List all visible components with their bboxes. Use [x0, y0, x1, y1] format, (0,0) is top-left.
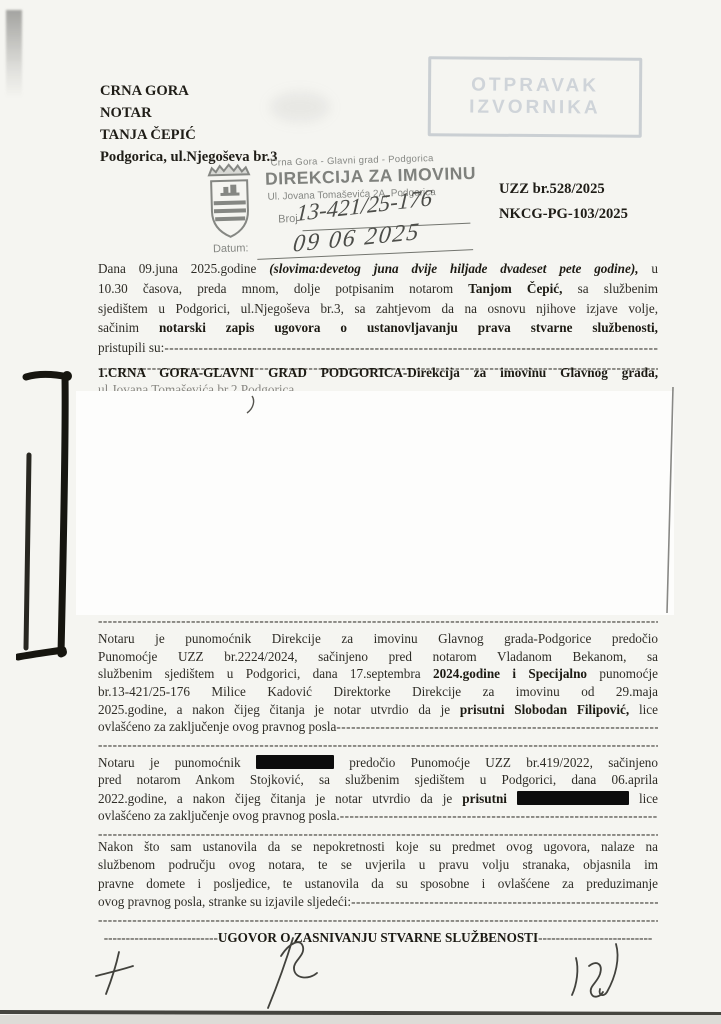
text-segment: Punomoćje UZZ br.2224/2024, sačinjeno pr…	[98, 649, 658, 664]
text-segment: (slovima:devetog juna dvije hiljade dvad…	[269, 261, 638, 276]
text-segment: 2024.godine i Specijalno	[433, 666, 587, 681]
text-line: Punomoćje UZZ br.2224/2024, sačinjeno pr…	[98, 648, 658, 666]
stamp-date-label: Datum:	[213, 242, 249, 255]
podgorica-coat-of-arms-icon	[201, 160, 259, 246]
text-segment: sa službenim	[562, 281, 658, 296]
sender-name: TANJA ČEPIĆ	[100, 124, 277, 146]
text-line: Nakon što sam ustanovila da se nepokretn…	[98, 838, 658, 856]
faded-copy-stamp: OTPRAVAK IZVORNIKA	[428, 56, 643, 137]
text-segment: 2025.godine, a nakon čijeg čitanja je no…	[98, 702, 460, 717]
redaction-box	[256, 755, 334, 769]
paragraph-block: Dana 09.juna 2025.godine (slovima:deveto…	[98, 259, 658, 378]
text-segment: br.13-421/25-176 Milice Kadović Direktor…	[98, 684, 658, 699]
dash-filler: ----------------------------------------…	[340, 808, 658, 823]
handwritten-initials-right	[572, 944, 618, 997]
text-segment: notarski zapis ugovora o ustanovljavanju…	[159, 320, 658, 335]
scan-smudge	[270, 92, 330, 122]
text-segment: službenim sjedištem u Podgorici, dana 17…	[98, 666, 433, 681]
text-line: pred notarom Ankom Stojković, sa služben…	[98, 771, 658, 789]
handwritten-initials-row	[0, 925, 721, 1024]
dash-filler: ----------------------------------------…	[351, 894, 658, 909]
copy-stamp-line2: IZVORNIKA	[469, 97, 601, 120]
text-line: ovlašćeno za zaključenje ovog pravnog po…	[98, 718, 658, 736]
text-line: ovlašćeno za zaključenje ovog pravnog po…	[98, 807, 658, 825]
handwritten-hook-mark	[244, 395, 256, 415]
direkcija-za-imovinu-stamp: Crna Gora - Glavni grad - Podgorica DIRE…	[158, 145, 501, 276]
text-line: 2025.godine, a nakon čijeg čitanja je no…	[98, 701, 658, 719]
text-segment: ul.Jovana Tomaševića br.2 Podgorica	[98, 383, 294, 391]
paragraph-block: ----------------------------------------…	[98, 613, 658, 629]
text-segment: prisutni Slobodan Filipović,	[460, 702, 629, 717]
text-line: 1.CRNA GORA-GLAVNI GRAD PODGORICA-Direkc…	[98, 363, 658, 383]
stamp-org-name: DIREKCIJA ZA IMOVINU	[265, 163, 476, 190]
text-segment: ovlašćeno za zaključenje ovog pravnog po…	[98, 808, 340, 823]
text-segment: pristupili su:	[98, 340, 164, 355]
paragraph-block: Notaru je punomoćnik Direkcije za imovin…	[98, 630, 658, 754]
text-segment: lice	[629, 702, 658, 717]
covered-text-line: ul.Jovana Tomaševića br.2 Podgorica	[98, 383, 658, 391]
dash-filler: ----------------------------------------…	[98, 613, 658, 628]
text-line: br.13-421/25-176 Milice Kadović Direktor…	[98, 683, 658, 701]
text-line: Notaru je punomoćnik predočio Punomoćje …	[98, 753, 658, 771]
sender-country: CRNA GORA	[100, 80, 277, 102]
text-segment: Tanjom Čepić,	[468, 281, 562, 296]
text-line: 10.30 časova, preda mnom, dolje potpisan…	[98, 279, 658, 299]
dash-filler: ----------------------------------------…	[336, 719, 658, 734]
text-segment: sačinim	[98, 320, 159, 335]
text-line: Notaru je punomoćnik Direkcije za imovin…	[98, 630, 658, 648]
text-segment: pred notarom Ankom Stojković, sa služben…	[98, 772, 658, 787]
dash-filler: ----------------------------------------…	[164, 340, 658, 355]
text-segment: Dana 09.juna 2025.godine	[98, 261, 269, 276]
paragraph-block: Notaru je punomoćnik predočio Punomoćje …	[98, 753, 658, 843]
redaction-cover-sheet	[76, 391, 674, 615]
text-segment: Notaru je punomoćnik Direkcije za imovin…	[98, 631, 658, 646]
text-segment: u	[639, 261, 658, 276]
text-segment: Notaru je punomoćnik	[98, 755, 256, 770]
text-line: pravne domete i posljedice, te ustanovil…	[98, 875, 658, 893]
sender-role: NOTAR	[100, 102, 277, 124]
uzz-number: UZZ br.528/2025	[499, 177, 628, 202]
text-segment: pravne domete i posljedice, te ustanovil…	[98, 876, 658, 891]
hand-drawn-bracket-mark	[16, 360, 86, 672]
text-segment: prisutni	[462, 791, 517, 806]
text-segment: ovog pravnog posla, stranke su izjavile …	[98, 894, 351, 909]
text-line: sačinim notarski zapis ugovora o ustanov…	[98, 318, 658, 338]
text-segment: Nakon što sam ustanovila da se nepokretn…	[98, 839, 658, 854]
text-line: Dana 09.juna 2025.godine (slovima:deveto…	[98, 259, 658, 279]
text-segment: 2022.godine, a nakon čijeg čitanja je no…	[98, 791, 462, 806]
text-segment: 1.CRNA GORA-GLAVNI GRAD PODGORICA-Direkc…	[98, 365, 658, 380]
copy-stamp-line1: OTPRAVAK	[471, 75, 599, 98]
nkcg-number: NKCG-PG-103/2025	[499, 202, 628, 227]
text-line: ----------------------------------------…	[98, 736, 658, 754]
dash-filler: ----------------------------------------…	[98, 737, 658, 752]
redaction-box	[517, 791, 629, 805]
text-segment: službenom području ovog notara, te se uv…	[98, 857, 658, 872]
scanned-notarial-document-page: CRNA GORA NOTAR TANJA ČEPIĆ Podgorica, u…	[0, 0, 721, 1024]
text-segment: punomoćje	[587, 666, 658, 681]
text-segment: ovlašćeno za zaključenje ovog pravnog po…	[98, 719, 336, 734]
scan-edge-streak	[6, 10, 22, 98]
scan-below-edge	[0, 1015, 721, 1024]
handwritten-x-mark	[96, 952, 133, 994]
text-segment: predočio Punomoćje UZZ br.419/2022, sači…	[334, 755, 658, 770]
case-reference-block: UZZ br.528/2025 NKCG-PG-103/2025	[499, 177, 628, 227]
cover-sheet-edge-line	[662, 385, 676, 615]
paragraph-block: 1.CRNA GORA-GLAVNI GRAD PODGORICA-Direkc…	[98, 363, 658, 391]
text-line: ----------------------------------------…	[98, 613, 658, 629]
text-line: 2022.godine, a nakon čijeg čitanja je no…	[98, 789, 658, 807]
text-line: sjedištem u Podgorici, ul.Njegoševa br.3…	[98, 299, 658, 319]
text-segment: lice	[629, 791, 658, 806]
text-line: službenom području ovog notara, te se uv…	[98, 856, 658, 874]
text-line: pristupili su:--------------------------…	[98, 338, 658, 358]
handwritten-paraph-center	[268, 938, 317, 1008]
text-line: službenim sjedištem u Podgorici, dana 17…	[98, 665, 658, 683]
text-segment: sjedištem u Podgorici, ul.Njegoševa br.3…	[98, 301, 658, 316]
text-line: ovog pravnog posla, stranke su izjavile …	[98, 893, 658, 911]
text-segment: 10.30 časova, preda mnom, dolje potpisan…	[98, 281, 468, 296]
